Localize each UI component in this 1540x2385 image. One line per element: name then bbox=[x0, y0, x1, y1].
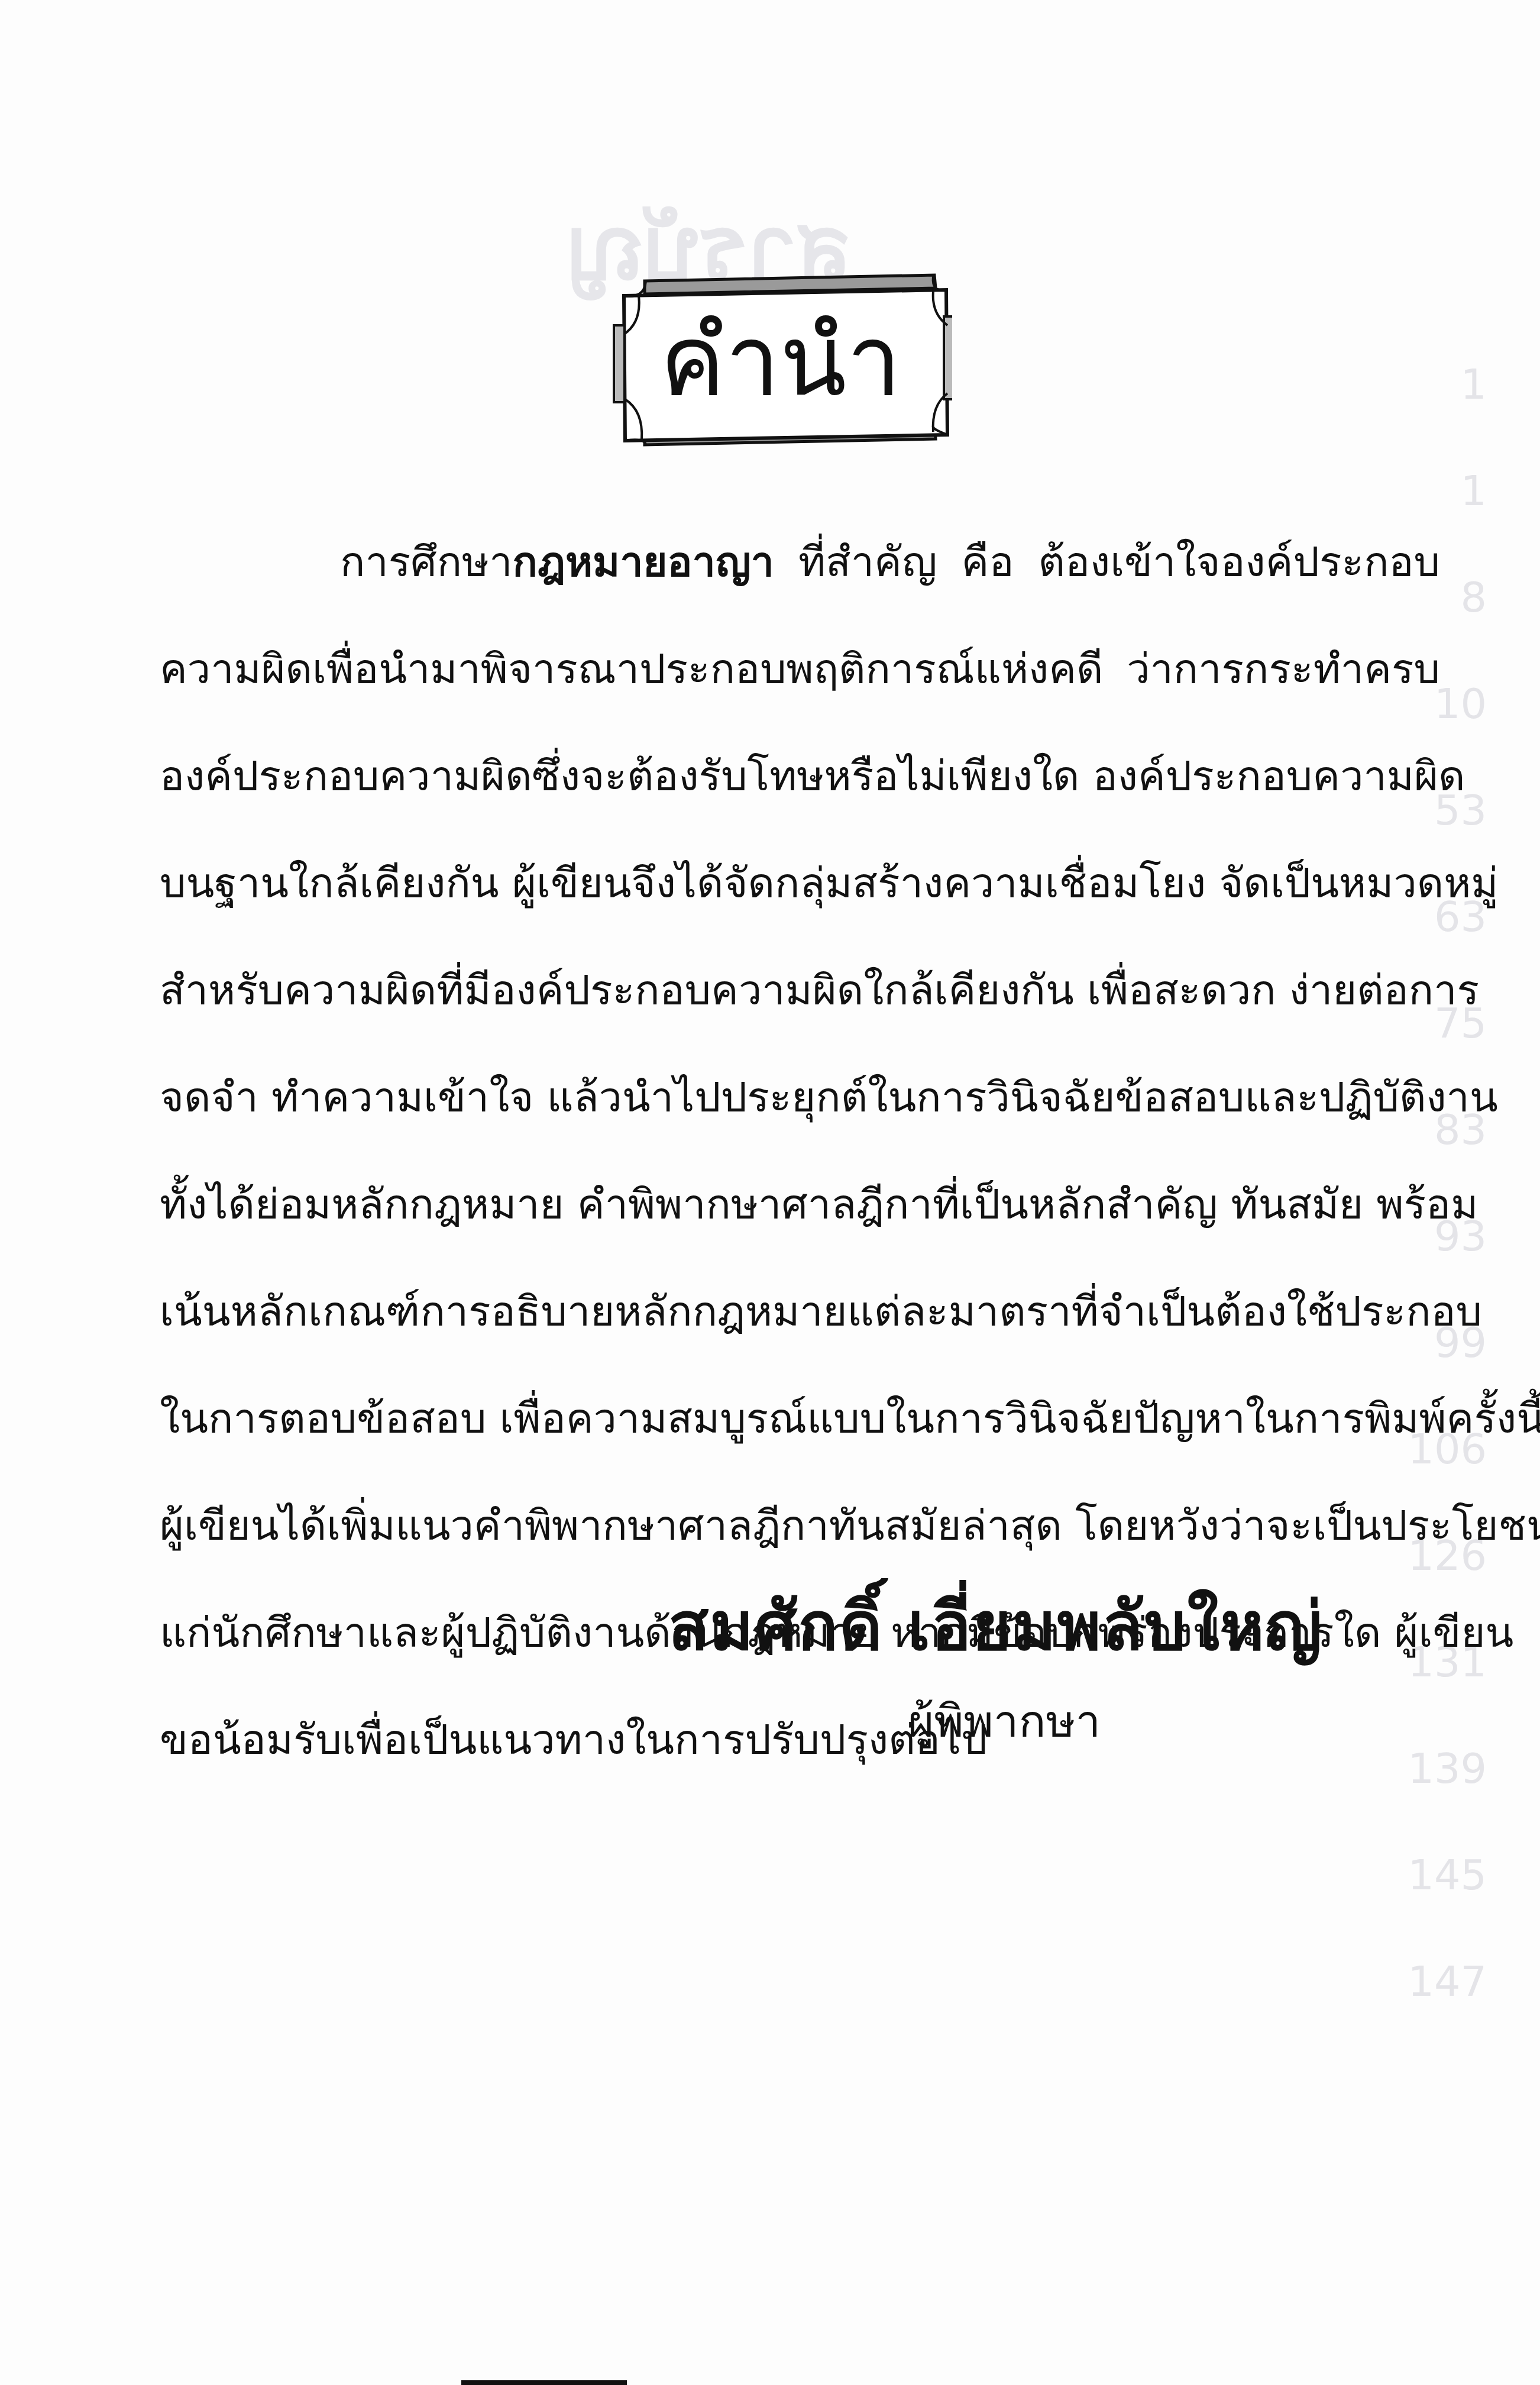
paragraph-line: เน้นหลักเกณฑ์การอธิบายหลักกฎหมายแต่ละมาต… bbox=[160, 1258, 1440, 1365]
bleed-page-number: 145 bbox=[1333, 1822, 1487, 1928]
text-run: ที่สำคัญ คือ ต้องเข้าใจองค์ประกอบ bbox=[774, 538, 1440, 586]
author-role: ผู้พิพากษา bbox=[908, 1686, 1101, 1757]
bleed-page-number: 1 bbox=[1333, 331, 1487, 438]
paragraph-line: องค์ประกอบความผิดซึ่งจะต้องรับโทษหรือไม่… bbox=[160, 723, 1440, 830]
emphasized-term: กฎหมายอาญา bbox=[513, 538, 774, 586]
page-title: คำนำ bbox=[609, 293, 952, 429]
paragraph-line: สำหรับความผิดที่มีองค์ประกอบความผิดใกล้เ… bbox=[160, 937, 1440, 1044]
paragraph-line: จดจำ ทำความเข้าใจ แล้วนำไปประยุกต์ในการว… bbox=[160, 1044, 1440, 1151]
paragraph-line: ความผิดเพื่อนำมาพิจารณาประกอบพฤติการณ์แห… bbox=[160, 616, 1440, 723]
bleed-page-number: 147 bbox=[1333, 1928, 1487, 2035]
paragraph-line: การศึกษากฎหมายอาญา ที่สำคัญ คือ ต้องเข้า… bbox=[160, 509, 1440, 616]
paragraph-line: บนฐานใกล้เคียงกัน ผู้เขียนจึงได้จัดกลุ่ม… bbox=[160, 830, 1440, 937]
paragraph-line: ทั้งได้ย่อมหลักกฎหมาย คำพิพากษาศาลฎีกาที… bbox=[160, 1151, 1440, 1258]
paragraph-line: ขอน้อมรับเพื่อเป็นแนวทางในการปรับปรุงต่อ… bbox=[160, 1686, 1440, 1793]
bottom-divider bbox=[461, 2380, 627, 2385]
heading-frame: คำนำ bbox=[609, 269, 952, 455]
paragraph-line: ผู้เขียนได้เพิ่มแนวคำพิพากษาศาลฎีกาทันสม… bbox=[160, 1472, 1440, 1579]
paragraph-line: ในการตอบข้อสอบ เพื่อความสมบูรณ์แบบในการว… bbox=[160, 1365, 1440, 1472]
author-name: สมศักดิ์ เอี่ยมพลับใหญ่ bbox=[668, 1573, 1323, 1679]
text-run: การศึกษา bbox=[340, 538, 513, 586]
